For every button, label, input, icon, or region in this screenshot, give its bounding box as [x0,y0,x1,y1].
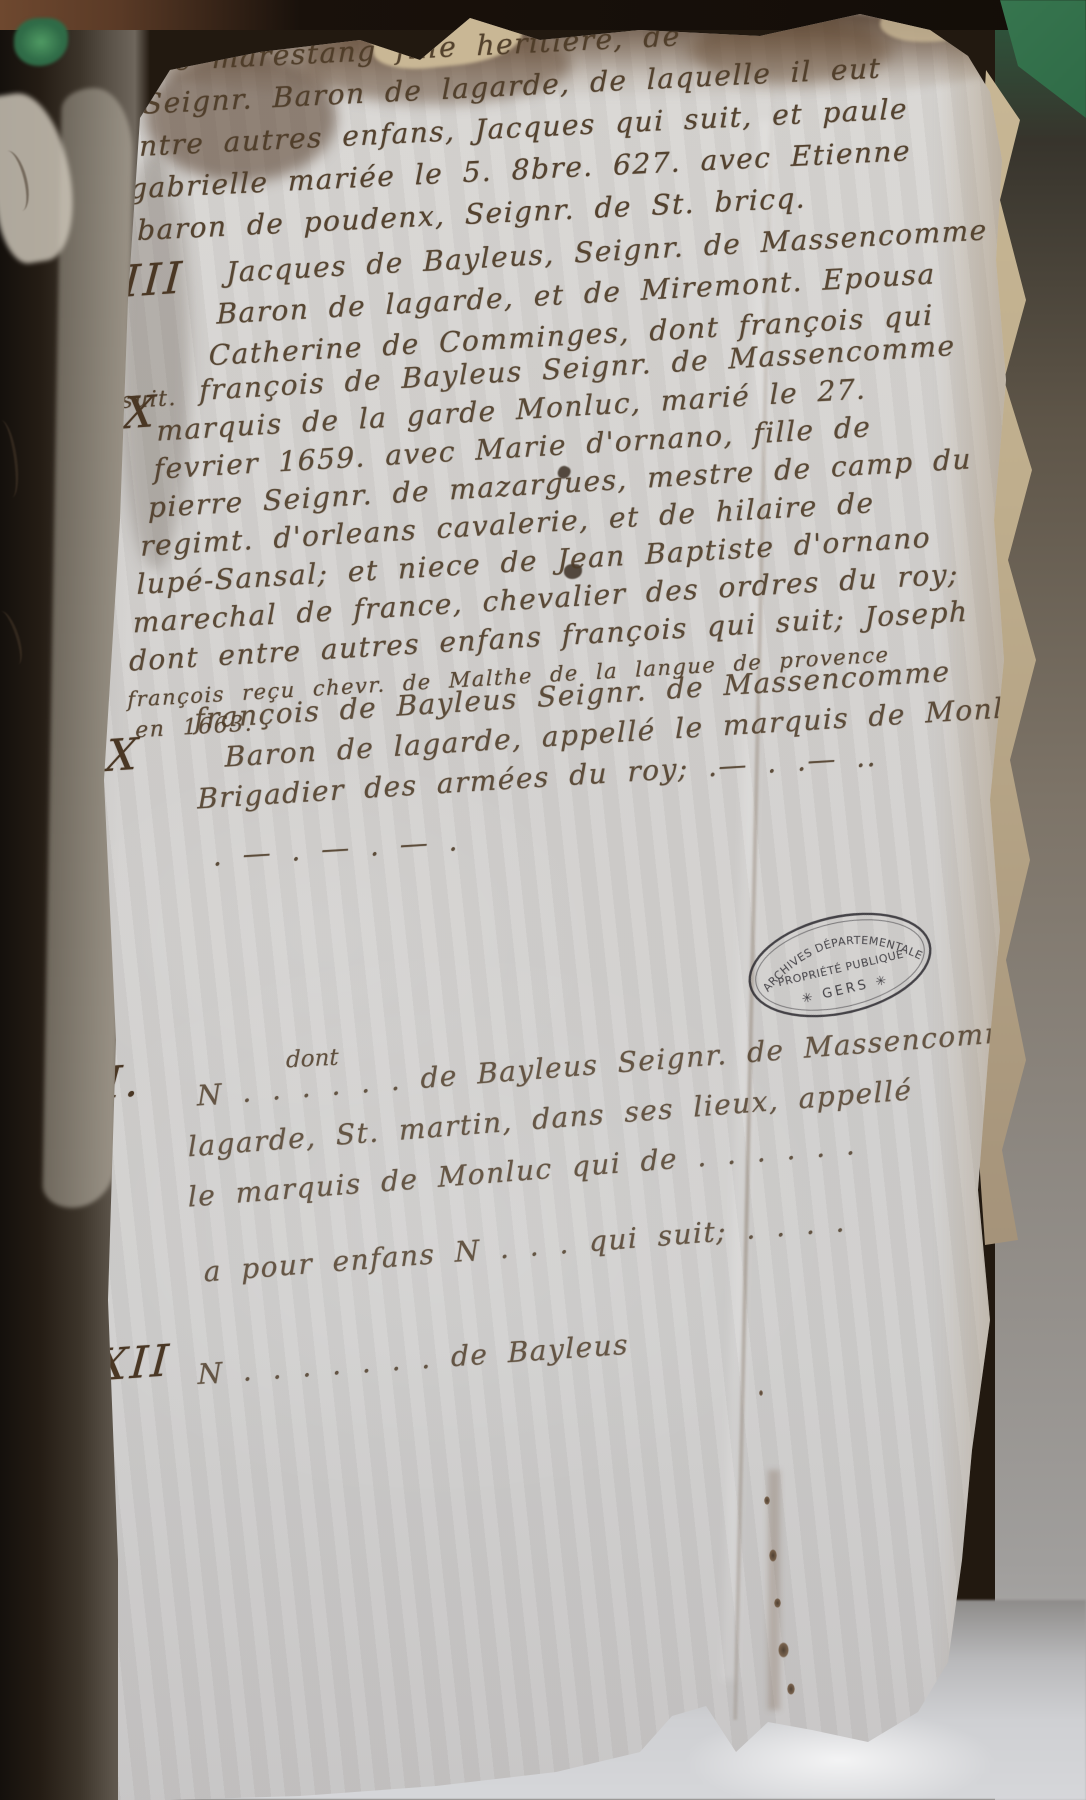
manuscript-photo: de marestang fille heritiere, de le Seig… [0,0,1086,1800]
paragraph-generation-xii: N . . . . . . . de Bayleus [196,1322,631,1398]
book-spine-shadow [0,0,1086,30]
handwritten-line: . — . — . — . [213,821,459,877]
margin-numeral-x: X [104,729,142,782]
manuscript-page: de marestang fille heritiere, de le Seig… [0,0,1086,1800]
handwritten-line: N . . . . . . . de Bayleus [197,1322,629,1398]
handwriting-layer: de marestang fille heritiere, de le Seig… [0,0,1086,1800]
paragraph-continuation: de marestang fille heritiere, de le Seig… [92,4,914,253]
